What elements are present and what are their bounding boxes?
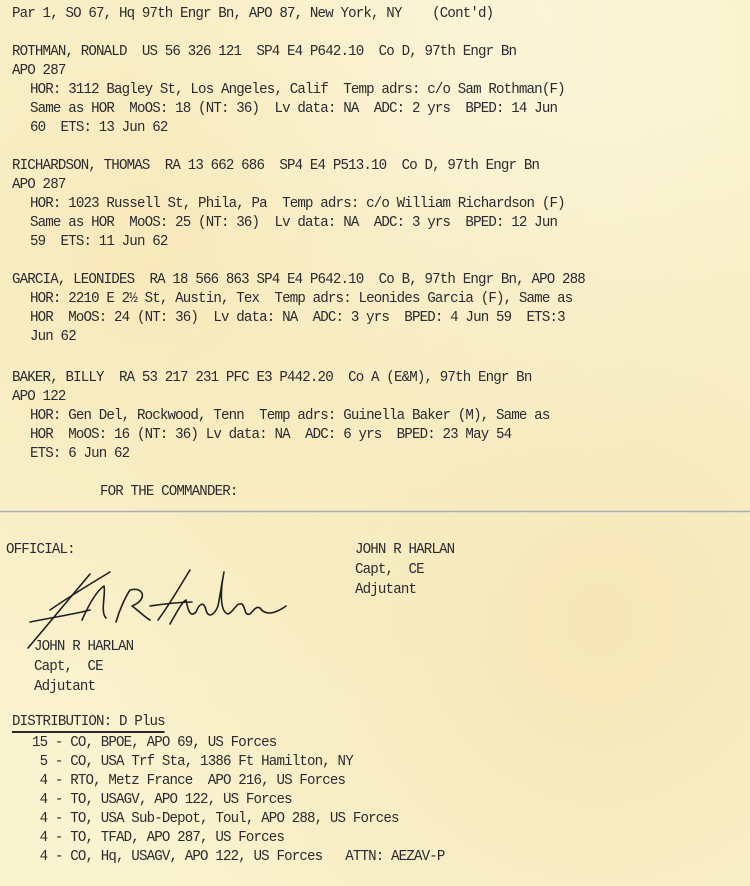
- official-rank: Capt, CE: [34, 657, 103, 676]
- distribution-item: 4 - TO, USA Sub-Depot, Toul, APO 288, US…: [32, 809, 399, 828]
- entry-apo-line: APO 287: [12, 175, 65, 194]
- entry-detail-line: 60 ETS: 13 Jun 62: [30, 118, 168, 137]
- distribution-item: 4 - RTO, Metz France APO 216, US Forces: [32, 771, 345, 790]
- distribution-item: 15 - CO, BPOE, APO 69, US Forces: [32, 733, 276, 752]
- entry-detail-line: HOR MoOS: 24 (NT: 36) Lv data: NA ADC: 3…: [30, 308, 565, 327]
- commander-rank: Capt, CE: [355, 560, 424, 579]
- distribution-heading: DISTRIBUTION: D Plus: [12, 712, 165, 731]
- entry-detail-line: Same as HOR MoOS: 25 (NT: 36) Lv data: N…: [30, 213, 557, 232]
- continued-marker: (Cont'd): [432, 4, 493, 22]
- official-name: JOHN R HARLAN: [34, 637, 133, 656]
- entry-identity-line: ROTHMAN, RONALD US 56 326 121 SP4 E4 P64…: [12, 42, 516, 61]
- entry-detail-line: ETS: 6 Jun 62: [30, 444, 129, 463]
- entry-detail-line: HOR: 2210 E 2½ St, Austin, Tex Temp adrs…: [30, 289, 572, 308]
- commander-title: Adjutant: [355, 580, 416, 599]
- entry-detail-line: HOR: Gen Del, Rockwood, Tenn Temp adrs: …: [30, 406, 549, 425]
- commander-name: JOHN R HARLAN: [355, 540, 454, 559]
- distribution-item: 5 - CO, USA Trf Sta, 1386 Ft Hamilton, N…: [32, 752, 353, 771]
- entry-detail-line: Jun 62: [30, 327, 76, 346]
- entry-detail-line: 59 ETS: 11 Jun 62: [30, 232, 168, 251]
- entry-identity-line: RICHARDSON, THOMAS RA 13 662 686 SP4 E4 …: [12, 156, 539, 175]
- paper-fold-line: [0, 510, 750, 513]
- order-reference: Par 1, SO 67, Hq 97th Engr Bn, APO 87, N…: [12, 4, 402, 22]
- header-line: Par 1, SO 67, Hq 97th Engr Bn, APO 87, N…: [12, 4, 493, 23]
- distribution-item: 4 - CO, Hq, USAGV, APO 122, US Forces AT…: [32, 847, 445, 866]
- entry-apo-line: APO 122: [12, 387, 65, 406]
- distribution-item: 4 - TO, TFAD, APO 287, US Forces: [32, 828, 284, 847]
- distribution-item: 4 - TO, USAGV, APO 122, US Forces: [32, 790, 292, 809]
- for-the-commander: FOR THE COMMANDER:: [100, 482, 238, 501]
- entry-identity-line: BAKER, BILLY RA 53 217 231 PFC E3 P442.2…: [12, 368, 531, 387]
- entry-identity-line: GARCIA, LEONIDES RA 18 566 863 SP4 E4 P6…: [12, 270, 585, 289]
- entry-apo-line: APO 287: [12, 61, 65, 80]
- official-label: OFFICIAL:: [6, 540, 75, 559]
- entry-detail-line: HOR MoOS: 16 (NT: 36) Lv data: NA ADC: 6…: [30, 425, 511, 444]
- special-orders-page: Par 1, SO 67, Hq 97th Engr Bn, APO 87, N…: [0, 0, 750, 886]
- official-title: Adjutant: [34, 677, 95, 696]
- entry-detail-line: HOR: 1023 Russell St, Phila, Pa Temp adr…: [30, 194, 565, 213]
- entry-detail-line: HOR: 3112 Bagley St, Los Angeles, Calif …: [30, 80, 565, 99]
- entry-detail-line: Same as HOR MoOS: 18 (NT: 36) Lv data: N…: [30, 99, 557, 118]
